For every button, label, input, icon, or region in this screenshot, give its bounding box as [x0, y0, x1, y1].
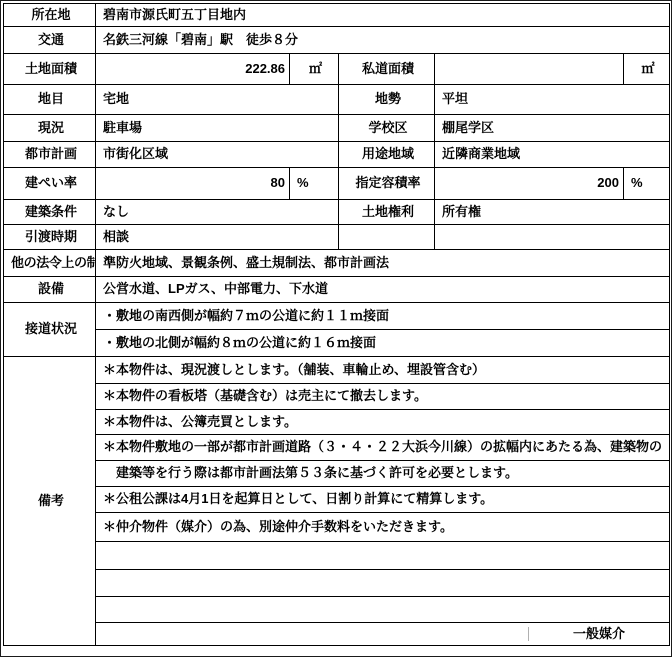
empty-label-cell	[339, 225, 435, 250]
land-area-unit: ㎡	[290, 54, 339, 85]
row-state-school: 現況 駐車場 学校区 棚尾学区	[4, 115, 670, 142]
remarks-line-7: ＊仲介物件（媒介）の為、別途仲介手数料をいただきます。	[96, 513, 670, 542]
row-remarks-7: ＊仲介物件（媒介）の為、別途仲介手数料をいただきます。	[4, 513, 670, 542]
remarks-line-1: ＊本物件は、現況渡しとします。（舗装、車輪止め、埋設管含む）	[96, 357, 670, 384]
land-area-value: 222.86	[96, 54, 290, 85]
row-remarks-footer: 一般媒介	[4, 623, 670, 646]
current-state-value: 駐車場	[96, 115, 339, 142]
school-district-value: 棚尾学区	[435, 115, 670, 142]
zoning-value: 近隣商業地域	[435, 142, 670, 168]
empty-value-cell	[435, 225, 670, 250]
row-road-access-2: ・敷地の北側が幅約８ｍの公道に約１６ｍ接面	[4, 330, 670, 357]
row-category-topography: 地目 宅地 地勢 平坦	[4, 85, 670, 115]
row-conditions-rights: 建築条件 なし 土地権利 所有権	[4, 200, 670, 225]
location-label: 所在地	[4, 4, 96, 27]
private-road-area-unit: ㎡	[624, 54, 670, 85]
row-utilities: 設備 公営水道、LPガス、中部電力、下水道	[4, 277, 670, 303]
remarks-label: 備考	[4, 357, 96, 646]
remarks-line-8	[96, 542, 670, 570]
remarks-line-9	[96, 570, 670, 597]
row-access: 交通 名鉄三河線「碧南」駅 徒歩８分	[4, 27, 670, 54]
city-planning-value: 市街化区域	[96, 142, 339, 168]
remarks-line-5: 建築等を行う際は都市計画法第５３条に基づく許可を必要とします。	[96, 461, 670, 487]
building-coverage-label: 建ぺい率	[4, 168, 96, 200]
remarks-line-2: ＊本物件の看板塔（基礎含む）は売主にて撤去します。	[96, 384, 670, 410]
row-remarks-5: 建築等を行う際は都市計画法第５３条に基づく許可を必要とします。	[4, 461, 670, 487]
utilities-label: 設備	[4, 277, 96, 303]
row-legal-restrictions: 他の法令上の制限 準防火地域、景観条例、盛土規制法、都市計画法	[4, 250, 670, 277]
handover-timing-value: 相談	[96, 225, 339, 250]
building-conditions-value: なし	[96, 200, 339, 225]
land-area-label: 土地面積	[4, 54, 96, 85]
current-state-label: 現況	[4, 115, 96, 142]
row-remarks-1: 備考 ＊本物件は、現況渡しとします。（舗装、車輪止め、埋設管含む）	[4, 357, 670, 384]
row-handover: 引渡時期 相談	[4, 225, 670, 250]
topography-label: 地勢	[339, 85, 435, 115]
road-access-line-2: ・敷地の北側が幅約８ｍの公道に約１６ｍ接面	[96, 330, 670, 357]
access-label: 交通	[4, 27, 96, 54]
zoning-label: 用途地域	[339, 142, 435, 168]
building-conditions-label: 建築条件	[4, 200, 96, 225]
remarks-line-3: ＊本物件は、公簿売買とします。	[96, 410, 670, 435]
row-remarks-6: ＊公租公課は4月1日を起算日として、日割り計算にて精算します。	[4, 487, 670, 513]
row-planning-zoning: 都市計画 市街化区域 用途地域 近隣商業地域	[4, 142, 670, 168]
row-remarks-10	[4, 597, 670, 623]
floor-area-ratio-label: 指定容積率	[339, 168, 435, 200]
floor-area-ratio-value: 200	[435, 168, 624, 200]
row-remarks-4: ＊本物件敷地の一部が都市計画道路（３・４・２２大浜今川線）の拡幅内にあたる為、建…	[4, 435, 670, 461]
floor-area-ratio-unit: %	[624, 168, 670, 200]
row-areas: 土地面積 222.86 ㎡ 私道面積 ㎡	[4, 54, 670, 85]
row-road-access-1: 接道状況 ・敷地の南西側が幅約７ｍの公道に約１１ｍ接面	[4, 303, 670, 330]
remarks-line-10	[96, 597, 670, 623]
land-category-value: 宅地	[96, 85, 339, 115]
road-access-label: 接道状況	[4, 303, 96, 357]
private-road-area-value	[435, 54, 624, 85]
remarks-line-4: ＊本物件敷地の一部が都市計画道路（３・４・２２大浜今川線）の拡幅内にあたる為、建…	[96, 435, 670, 461]
row-remarks-8	[4, 542, 670, 570]
building-coverage-value: 80	[96, 168, 290, 200]
location-value: 碧南市源氏町五丁目地内	[96, 4, 670, 27]
row-coverage-ratio: 建ぺい率 80 % 指定容積率 200 %	[4, 168, 670, 200]
land-category-label: 地目	[4, 85, 96, 115]
footer-spacer	[96, 627, 528, 642]
row-remarks-2: ＊本物件の看板塔（基礎含む）は売主にて撤去します。	[4, 384, 670, 410]
access-value: 名鉄三河線「碧南」駅 徒歩８分	[96, 27, 670, 54]
property-spec-sheet: 所在地 碧南市源氏町五丁目地内 交通 名鉄三河線「碧南」駅 徒歩８分 土地面積 …	[0, 0, 672, 657]
building-coverage-unit: %	[290, 168, 339, 200]
private-road-area-label: 私道面積	[339, 54, 435, 85]
row-remarks-3: ＊本物件は、公簿売買とします。	[4, 410, 670, 435]
other-legal-restrictions-value: 準防火地域、景観条例、盛土規制法、都市計画法	[96, 250, 670, 277]
utilities-value: 公営水道、LPガス、中部電力、下水道	[96, 277, 670, 303]
school-district-label: 学校区	[339, 115, 435, 142]
row-remarks-9	[4, 570, 670, 597]
land-rights-label: 土地権利	[339, 200, 435, 225]
city-planning-label: 都市計画	[4, 142, 96, 168]
handover-timing-label: 引渡時期	[4, 225, 96, 250]
property-spec-table: 所在地 碧南市源氏町五丁目地内 交通 名鉄三河線「碧南」駅 徒歩８分 土地面積 …	[3, 3, 670, 646]
brokerage-type-badge: 一般媒介	[528, 627, 669, 642]
land-rights-value: 所有権	[435, 200, 670, 225]
row-location: 所在地 碧南市源氏町五丁目地内	[4, 4, 670, 27]
road-access-line-1: ・敷地の南西側が幅約７ｍの公道に約１１ｍ接面	[96, 303, 670, 330]
remarks-line-6: ＊公租公課は4月1日を起算日として、日割り計算にて精算します。	[96, 487, 670, 513]
remarks-footer-cell: 一般媒介	[96, 623, 670, 646]
topography-value: 平坦	[435, 85, 670, 115]
other-legal-restrictions-label: 他の法令上の制限	[4, 250, 96, 277]
